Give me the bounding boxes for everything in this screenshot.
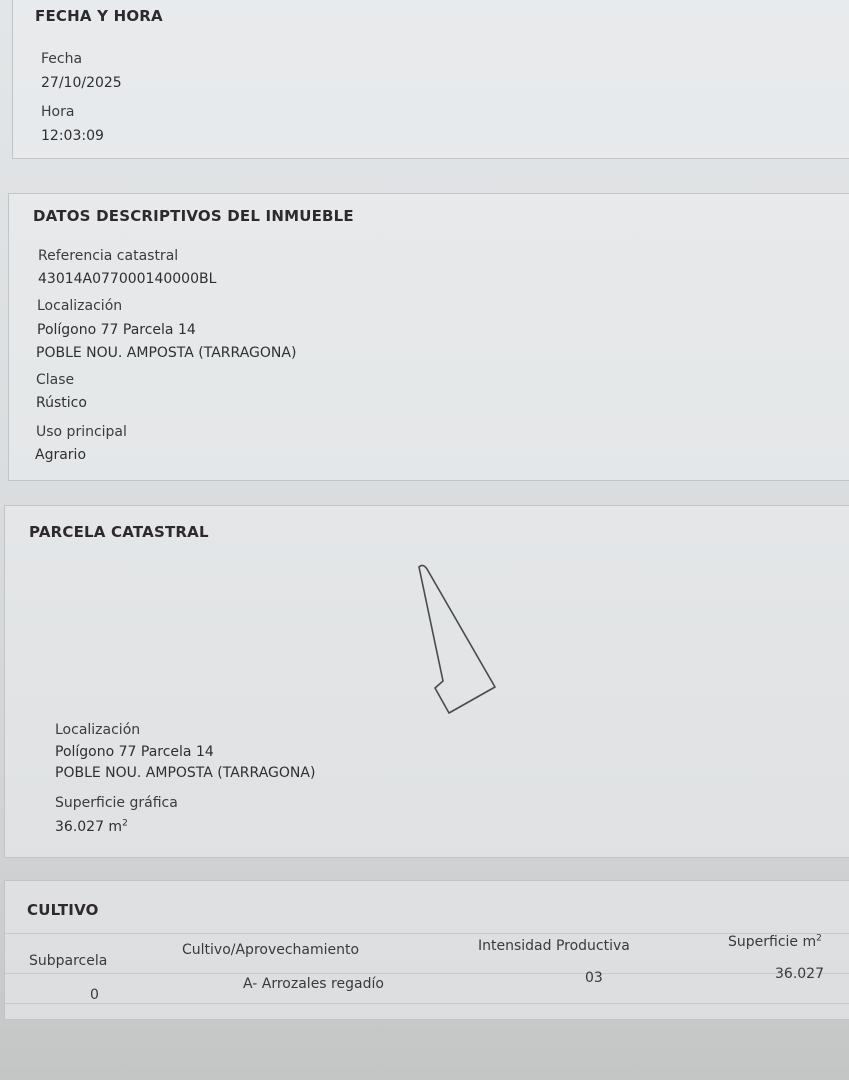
- hora-value: 12:03:09: [41, 128, 104, 144]
- referencia-value: 43014A077000140000BL: [38, 271, 216, 287]
- panel-title: CULTIVO: [27, 901, 99, 919]
- localizacion-line2: POBLE NOU. AMPOSTA (TARRAGONA): [55, 765, 315, 781]
- parcel-outline-icon: [405, 555, 505, 725]
- fecha-label: Fecha: [41, 51, 82, 67]
- col-header-superficie-text: Superficie m: [728, 934, 816, 950]
- clase-value: Rústico: [36, 395, 87, 411]
- cell-subparcela: 0: [90, 987, 99, 1003]
- col-header-intensidad: Intensidad Productiva: [478, 938, 630, 954]
- superficie-label: Superficie gráfica: [55, 795, 178, 811]
- fecha-value: 27/10/2025: [41, 75, 122, 91]
- divider: [5, 1003, 849, 1004]
- panel-title: FECHA Y HORA: [35, 7, 163, 25]
- localizacion-line1: Polígono 77 Parcela 14: [55, 744, 214, 760]
- col-header-cultivo: Cultivo/Aprovechamiento: [182, 942, 359, 958]
- divider: [5, 973, 849, 974]
- localizacion-line2: POBLE NOU. AMPOSTA (TARRAGONA): [36, 345, 296, 361]
- clase-label: Clase: [36, 372, 74, 388]
- uso-label: Uso principal: [36, 424, 127, 440]
- panel-title: DATOS DESCRIPTIVOS DEL INMUEBLE: [33, 207, 354, 225]
- unit-superscript: 2: [816, 933, 822, 943]
- superficie-value: 36.027 m2: [55, 819, 128, 835]
- fecha-hora-panel: FECHA Y HORA Fecha 27/10/2025 Hora 12:03…: [12, 0, 849, 159]
- uso-value: Agrario: [35, 447, 86, 463]
- localizacion-label: Localización: [55, 722, 140, 738]
- localizacion-line1: Polígono 77 Parcela 14: [37, 322, 196, 338]
- superficie-number: 36.027 m: [55, 819, 122, 835]
- cell-superficie: 36.027: [775, 966, 824, 982]
- referencia-label: Referencia catastral: [38, 248, 178, 264]
- localizacion-label: Localización: [37, 298, 122, 314]
- panel-title: PARCELA CATASTRAL: [29, 523, 209, 541]
- cell-intensidad: 03: [585, 970, 603, 986]
- unit-superscript: 2: [122, 818, 128, 828]
- cell-cultivo: A- Arrozales regadío: [243, 976, 384, 992]
- hora-label: Hora: [41, 104, 74, 120]
- catastro-document: FECHA Y HORA Fecha 27/10/2025 Hora 12:03…: [0, 0, 849, 1080]
- col-header-subparcela: Subparcela: [29, 953, 107, 969]
- col-header-superficie: Superficie m2: [728, 934, 822, 950]
- datos-inmueble-panel: DATOS DESCRIPTIVOS DEL INMUEBLE Referenc…: [8, 193, 849, 481]
- cultivo-panel: CULTIVO Subparcela Cultivo/Aprovechamien…: [4, 880, 849, 1020]
- divider: [5, 933, 849, 934]
